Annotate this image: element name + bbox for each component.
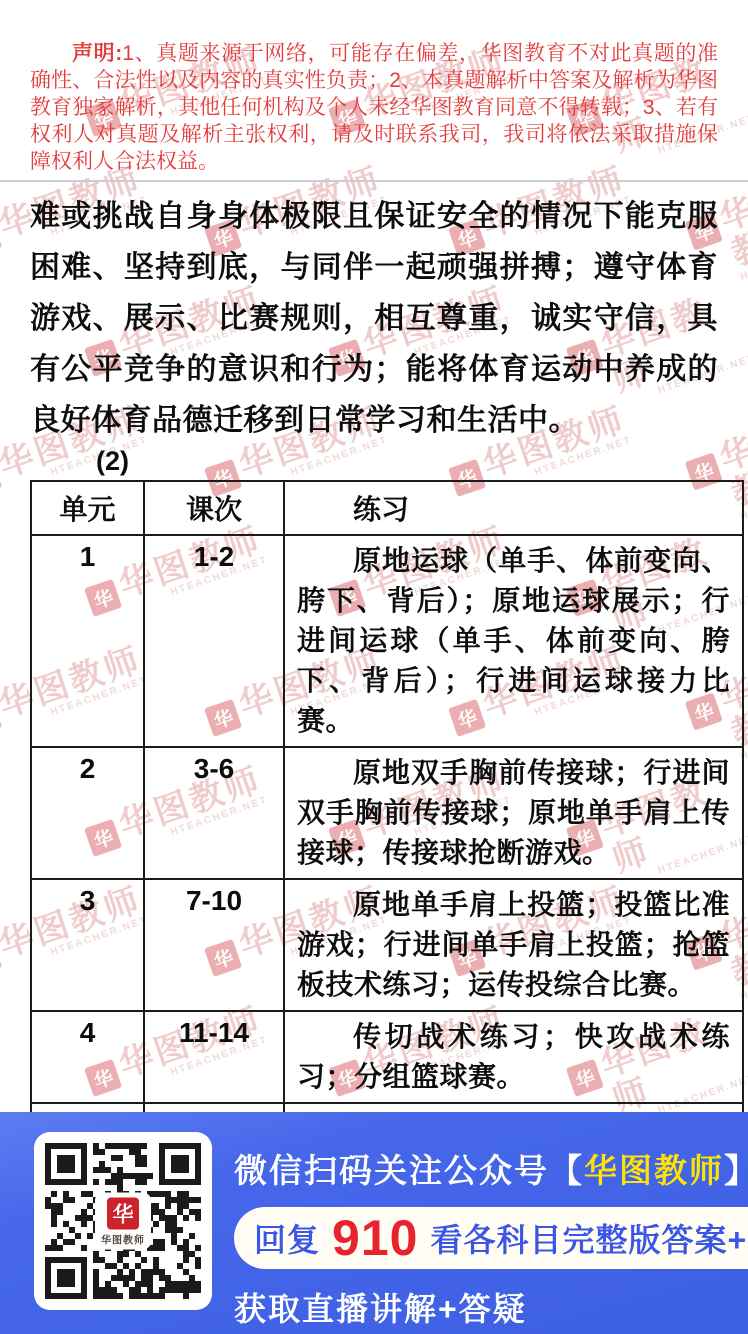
banner-live-line: 获取直播讲解+答疑 — [234, 1284, 748, 1330]
column-header-lesson: 课次 — [144, 481, 284, 535]
column-header-unit: 单元 — [31, 481, 144, 535]
column-header-practice: 练习 — [284, 481, 743, 535]
lesson-cell: 11-14 — [144, 1011, 284, 1103]
lesson-schedule-table: 单元 课次 练习 11-2原地运球（单手、体前变向、胯下、背后）；原地运球展示；… — [30, 480, 744, 1208]
lesson-cell: 3-6 — [144, 747, 284, 879]
unit-cell: 1 — [31, 535, 144, 747]
section-divider — [0, 180, 748, 182]
table-row: 411-14传切战术练习；快攻战术练习；分组篮球赛。 — [31, 1011, 743, 1103]
table-row: 37-10原地单手肩上投篮；投篮比准游戏；行进间单手肩上投篮；抢篮板技术练习；运… — [31, 879, 743, 1011]
table-row: 11-2原地运球（单手、体前变向、胯下、背后）；原地运球展示；行进间运球（单手、… — [31, 535, 743, 747]
reply-code: 910 — [332, 1213, 418, 1263]
reply-benefit-label: 看各科目完整版答案+解析 — [430, 1215, 748, 1261]
banner-follow-prefix: 微信扫码关注公众号【 — [234, 1152, 584, 1189]
table-row: 23-6原地双手胸前传接球；行进间双手胸前传接球；原地单手肩上传接球；传接球抢断… — [31, 747, 743, 879]
practice-cell: 原地双手胸前传接球；行进间双手胸前传接球；原地单手肩上传接球；传接球抢断游戏。 — [284, 747, 743, 879]
table-header-row: 单元 课次 练习 — [31, 481, 743, 535]
reply-code-pill: 回复 910 看各科目完整版答案+解析 — [234, 1207, 748, 1269]
disclaimer-text: 1、真题来源于网络，可能存在偏差，华图教育不对此真题的准确性、合法性以及内容的真… — [30, 42, 718, 173]
document-page: 华华图教师HTEACHER.NET华华图教师HTEACHER.NET华华图教师H… — [0, 0, 748, 1334]
unit-cell: 4 — [31, 1011, 144, 1103]
banner-text-block: 微信扫码关注公众号【华图教师】 回复 910 看各科目完整版答案+解析 获取直播… — [234, 1132, 748, 1330]
unit-cell: 2 — [31, 747, 144, 879]
disclaimer-paragraph: 声明:1、真题来源于网络，可能存在偏差，华图教育不对此真题的准确性、合法性以及内… — [30, 40, 718, 175]
qr-center-logo: 华 华图教师 — [95, 1193, 151, 1250]
qr-code: 华 华图教师 — [34, 1132, 212, 1310]
unit-cell: 3 — [31, 879, 144, 1011]
practice-cell: 原地运球（单手、体前变向、胯下、背后）；原地运球展示；行进间运球（单手、体前变向… — [284, 535, 743, 747]
huatu-logo-icon: 华 — [107, 1198, 139, 1230]
document-content: 声明:1、真题来源于网络，可能存在偏差，华图教育不对此真题的准确性、合法性以及内… — [0, 0, 748, 1208]
list-marker: (2) — [96, 446, 718, 477]
body-paragraph: 难或挑战自身身体极限且保证安全的情况下能克服困难、坚持到底，与同伴一起顽强拼搏；… — [30, 191, 718, 446]
banner-follow-line: 微信扫码关注公众号【华图教师】 — [234, 1145, 748, 1192]
practice-cell: 传切战术练习；快攻战术练习；分组篮球赛。 — [284, 1011, 743, 1103]
lesson-cell: 7-10 — [144, 879, 284, 1011]
practice-cell: 原地单手肩上投篮；投篮比准游戏；行进间单手肩上投篮；抢篮板技术练习；运传投综合比… — [284, 879, 743, 1011]
promo-banner: 华 华图教师 微信扫码关注公众号【华图教师】 回复 910 看各科目完整版答案+… — [0, 1112, 748, 1334]
qr-logo-brand-label: 华图教师 — [101, 1232, 145, 1247]
banner-brand-name: 华图教师 — [584, 1152, 724, 1189]
reply-label: 回复 — [254, 1215, 320, 1261]
banner-follow-suffix: 】 — [724, 1152, 748, 1189]
lesson-cell: 1-2 — [144, 535, 284, 747]
disclaimer-label: 声明: — [72, 42, 122, 65]
